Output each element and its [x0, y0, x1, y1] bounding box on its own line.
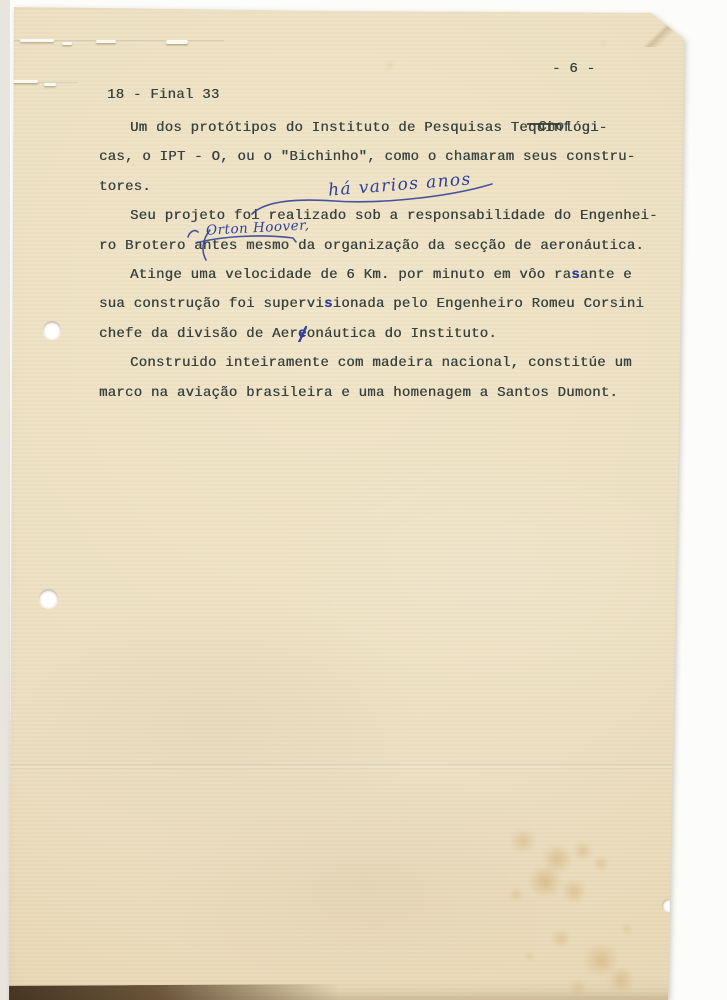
fold-crease — [0, 764, 690, 769]
stain — [606, 968, 636, 992]
stain — [526, 868, 564, 896]
stain — [572, 842, 594, 860]
edge-mark — [0, 73, 6, 84]
edge-tear — [166, 40, 188, 44]
line-text: onáutica do Instituto. — [307, 326, 497, 342]
line-text: tores. — [99, 179, 151, 195]
stain — [386, 62, 394, 69]
corner-cut-shadow — [644, 9, 692, 47]
typed-line: sua construção foi supervisionada pelo E… — [99, 290, 679, 319]
pen-overstrike-char: s — [571, 267, 580, 283]
stain — [568, 980, 588, 995]
edge-tear — [62, 42, 72, 45]
typed-line: cas, o IPT - O, ou o "Bichinho", como o … — [99, 143, 679, 172]
scan-background: - 6 - 18 - Final 33 Um dos protótipos do… — [0, 0, 727, 1000]
paper: - 6 - 18 - Final 33 Um dos protótipos do… — [0, 0, 727, 1000]
page-number: - 6 - — [552, 61, 595, 77]
strikethrough-correction: quinfCno — [528, 114, 564, 143]
document-heading: 18 - Final 33 — [107, 87, 219, 103]
punch-hole-top — [43, 321, 61, 339]
line-text: Construido inteiramente com madeira naci… — [130, 355, 632, 371]
line-text: Atinge uma velocidade de 6 Km. por minut… — [130, 267, 571, 283]
line-text: marco na aviação brasileira e uma homena… — [99, 385, 618, 401]
typed-line: Construido inteiramente com madeira naci… — [99, 349, 679, 378]
line-text: sua construção foi supervi — [99, 296, 324, 312]
stain — [524, 952, 536, 961]
stain — [508, 888, 524, 901]
typed-line: chefe da divisão de Aereonáutica do Inst… — [99, 320, 679, 349]
line-text: ante e — [580, 267, 632, 283]
edge-tear — [20, 39, 54, 42]
line-text: cas, o IPT - O, ou o "Bichinho", como o … — [99, 149, 635, 165]
punch-hole-bottom — [39, 589, 58, 608]
edge-tear — [96, 40, 116, 43]
stain — [592, 856, 610, 871]
line-text: chefe da divisão de Aer — [99, 326, 298, 342]
stain — [560, 880, 588, 902]
stain — [620, 924, 633, 934]
typed-line: ro Brotero antes mesmo da organização da… — [99, 232, 679, 261]
overtype-text: Cno — [538, 113, 564, 142]
stain — [508, 830, 538, 852]
pen-cancelled-char: e — [298, 326, 307, 342]
stain — [600, 40, 607, 46]
pen-overstrike-char: s — [324, 296, 333, 312]
edge-tear — [12, 80, 38, 83]
line-text: ionada pelo Engenheiro Romeu Corsini — [333, 296, 644, 312]
typed-line: Um dos protótipos do Instituto de Pesqui… — [99, 114, 679, 143]
line-text: ro Brotero antes mesmo da organização da… — [99, 238, 644, 254]
typed-body: Um dos protótipos do Instituto de Pesqui… — [99, 114, 679, 408]
right-edge-notch — [662, 899, 675, 912]
typed-line: marco na aviação brasileira e uma homena… — [99, 379, 679, 408]
edge-tear — [44, 83, 56, 86]
typed-line: Atinge uma velocidade de 6 Km. por minut… — [99, 261, 679, 290]
line-text: Um dos protótipos do Instituto de Pesqui… — [130, 120, 528, 136]
typed-line: Seu projeto foi realizado sob a responsa… — [99, 202, 679, 231]
paper-wrap: - 6 - 18 - Final 33 Um dos protótipos do… — [0, 0, 727, 1000]
bottom-edge-shadow — [5, 984, 340, 1000]
stain — [550, 930, 572, 947]
